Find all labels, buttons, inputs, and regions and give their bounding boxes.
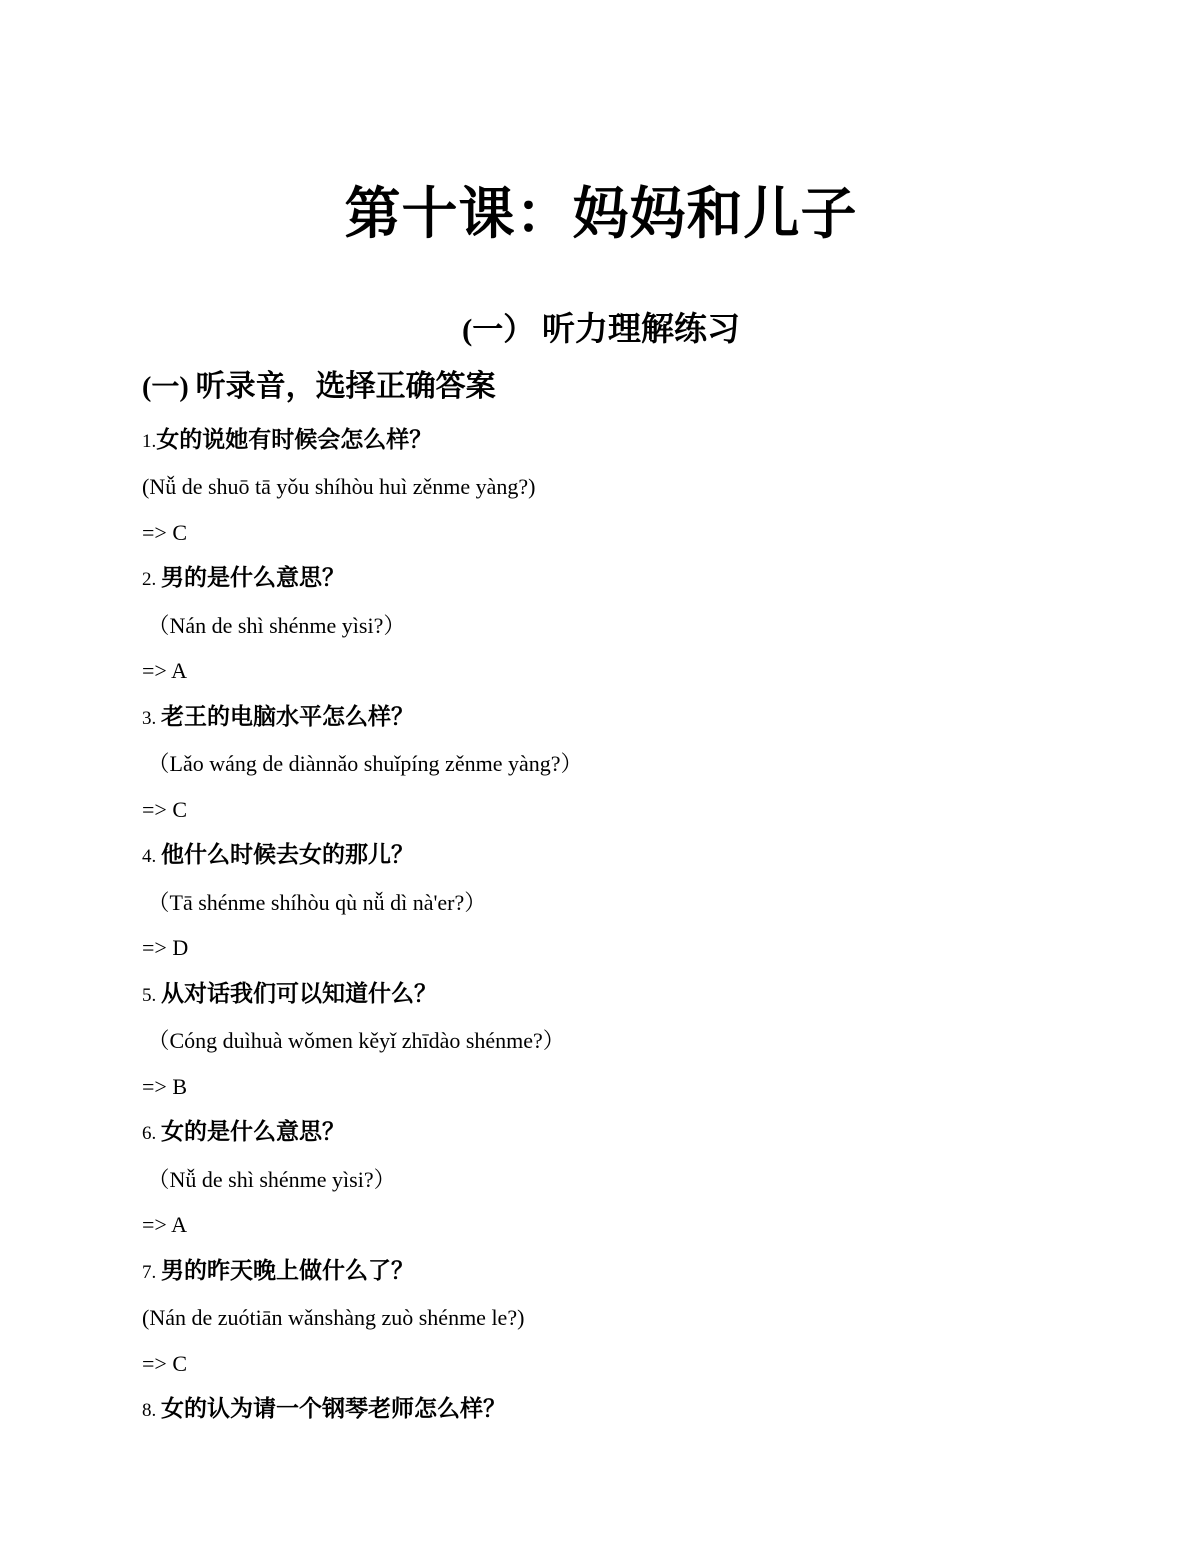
question-number: 5. xyxy=(142,985,161,1006)
subtitle-text: 听力理解练习 xyxy=(542,310,740,347)
pinyin-line: (Nán de zuótiān wǎnshàng zuò shénme le?) xyxy=(142,1295,1060,1341)
answer-line: => C xyxy=(142,510,1060,556)
subtitle-number-prefix: (一） xyxy=(462,312,542,347)
question-text: 老王的电脑水平怎么样？ xyxy=(161,703,414,729)
question-item: 1.女的说她有时候会怎么样？ (Nǚ de shuō tā yǒu shíhòu… xyxy=(142,417,1060,556)
question-number: 6. xyxy=(142,1123,161,1144)
heading-text: 听录音，选择正确答案 xyxy=(196,370,496,403)
answer-line: => C xyxy=(142,1341,1060,1387)
question-text: 他什么时候去女的那儿？ xyxy=(161,841,414,867)
pinyin-line: （Cóng duìhuà wǒmen kěyǐ zhīdào shénme?） xyxy=(142,1018,1060,1064)
question-list: 1.女的说她有时候会怎么样？ (Nǚ de shuō tā yǒu shíhòu… xyxy=(142,417,1060,1434)
question-text: 女的是什么意思？ xyxy=(161,1118,345,1144)
answer-line: => B xyxy=(142,1064,1060,1110)
heading-number-prefix: (一) xyxy=(142,372,196,403)
question-item: 7. 男的昨天晚上做什么了？ (Nán de zuótiān wǎnshàng … xyxy=(142,1248,1060,1387)
question-text: 男的是什么意思？ xyxy=(161,564,345,590)
question-text-line: 6. 女的是什么意思？ xyxy=(142,1109,1060,1157)
pinyin-line: （Tā shénme shíhòu qù nǚ dì nà'er?） xyxy=(142,880,1060,926)
pinyin-line: （Lǎo wáng de diànnǎo shuǐpíng zěnme yàng… xyxy=(142,741,1060,787)
question-text-line: 1.女的说她有时候会怎么样？ xyxy=(142,417,1060,465)
section-subtitle: (一） 听力理解练习 xyxy=(142,308,1060,351)
question-text-line: 7. 男的昨天晚上做什么了？ xyxy=(142,1248,1060,1296)
question-number: 4. xyxy=(142,846,161,867)
question-text-line: 4. 他什么时候去女的那儿？ xyxy=(142,832,1060,880)
question-item: 4. 他什么时候去女的那儿？ （Tā shénme shíhòu qù nǚ d… xyxy=(142,832,1060,971)
question-item: 5. 从对话我们可以知道什么？ （Cóng duìhuà wǒmen kěyǐ … xyxy=(142,971,1060,1110)
page-title: 第十课：妈妈和儿子 xyxy=(142,0,1060,246)
question-text: 女的说她有时候会怎么样？ xyxy=(156,426,432,452)
question-number: 8. xyxy=(142,1400,161,1421)
pinyin-line: (Nǚ de shuō tā yǒu shíhòu huì zěnme yàng… xyxy=(142,464,1060,510)
question-item: 3. 老王的电脑水平怎么样？ （Lǎo wáng de diànnǎo shuǐ… xyxy=(142,694,1060,833)
question-text-line: 5. 从对话我们可以知道什么？ xyxy=(142,971,1060,1019)
pinyin-line: （Nán de shì shénme yìsi?） xyxy=(142,603,1060,649)
question-number: 3. xyxy=(142,708,161,729)
answer-line: => A xyxy=(142,648,1060,694)
question-item: 2. 男的是什么意思？ （Nán de shì shénme yìsi?） =>… xyxy=(142,555,1060,694)
answer-line: => C xyxy=(142,787,1060,833)
question-text-line: 8. 女的认为请一个钢琴老师怎么样？ xyxy=(142,1386,1060,1434)
question-item: 6. 女的是什么意思？ （Nǚ de shì shénme yìsi?） => … xyxy=(142,1109,1060,1248)
question-number: 7. xyxy=(142,1262,161,1283)
document-page: 第十课：妈妈和儿子 (一） 听力理解练习 (一) 听录音，选择正确答案 1.女的… xyxy=(0,0,1200,1553)
question-text: 男的昨天晚上做什么了？ xyxy=(161,1257,414,1283)
question-text: 女的认为请一个钢琴老师怎么样？ xyxy=(161,1395,506,1421)
question-text-line: 2. 男的是什么意思？ xyxy=(142,555,1060,603)
section-heading: (一) 听录音，选择正确答案 xyxy=(142,367,1060,406)
question-number: 1. xyxy=(142,431,156,452)
answer-line: => A xyxy=(142,1202,1060,1248)
question-text: 从对话我们可以知道什么？ xyxy=(161,980,437,1006)
question-item: 8. 女的认为请一个钢琴老师怎么样？ xyxy=(142,1386,1060,1434)
question-text-line: 3. 老王的电脑水平怎么样？ xyxy=(142,694,1060,742)
question-number: 2. xyxy=(142,569,161,590)
answer-line: => D xyxy=(142,925,1060,971)
pinyin-line: （Nǚ de shì shénme yìsi?） xyxy=(142,1157,1060,1203)
